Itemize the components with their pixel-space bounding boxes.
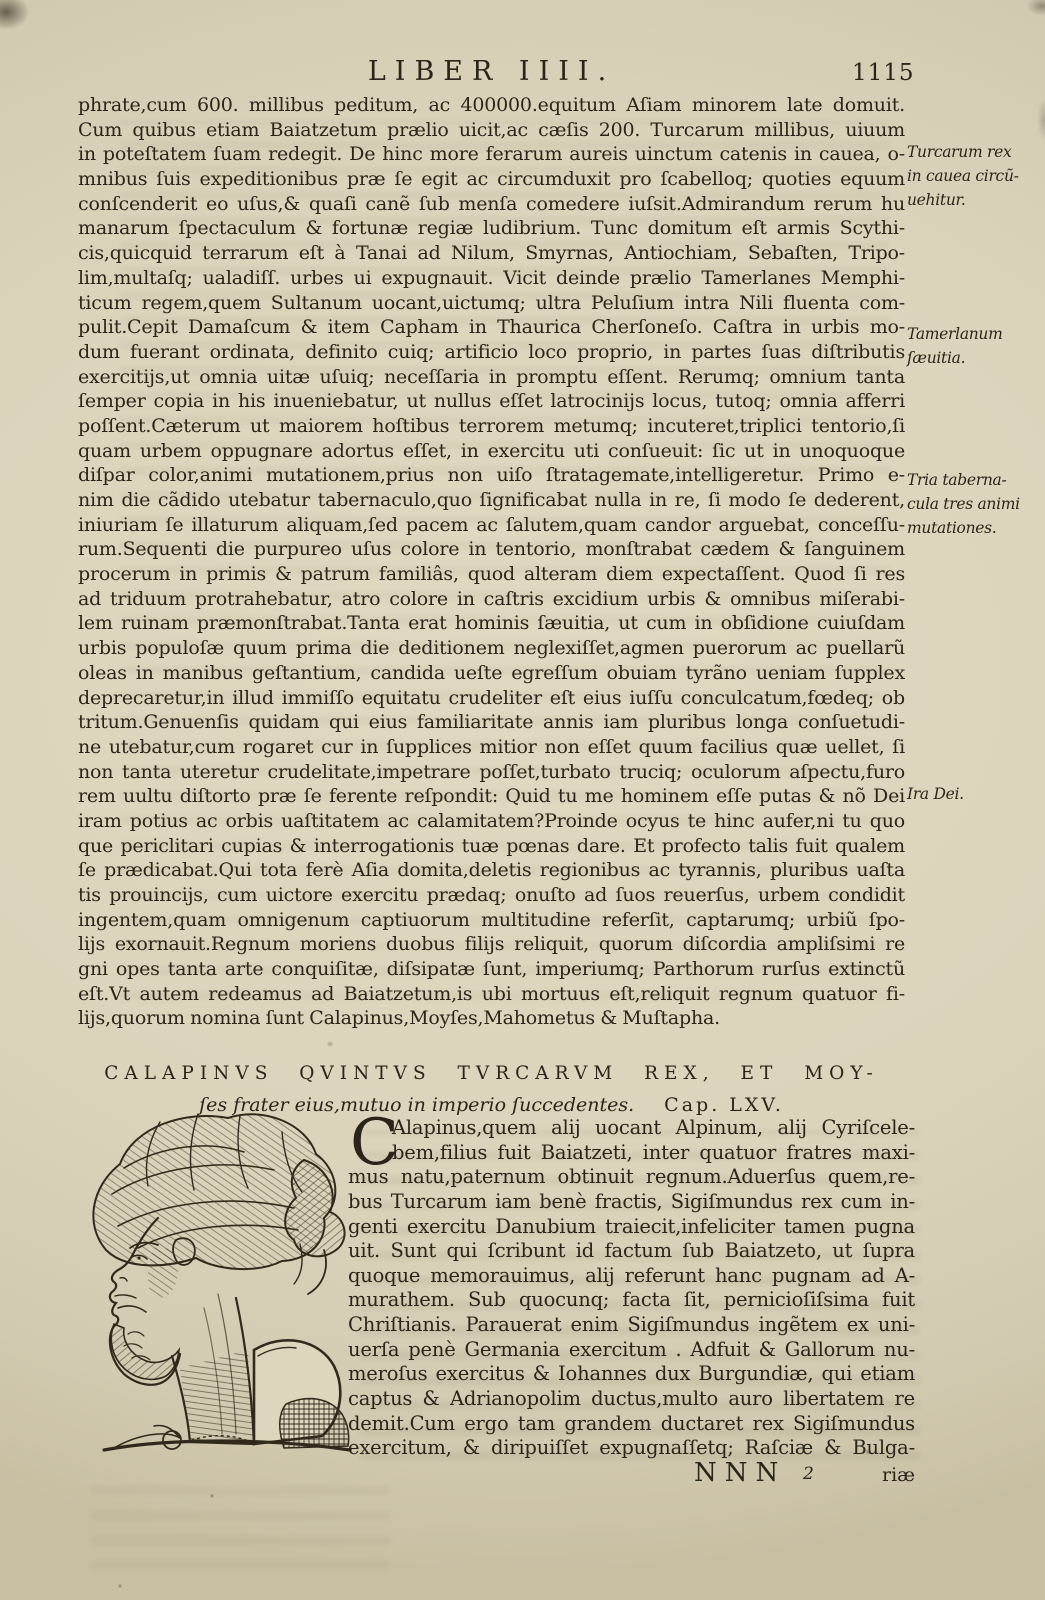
text-line: rum.Sequenti die purpureo uſus colore in… <box>78 537 905 562</box>
text-line: que periclitari cupias & interrogationis… <box>78 834 905 859</box>
chapter-line: uerſa penè Germania exercitum . Adfuit &… <box>348 1338 915 1363</box>
margin-note-line: mutationes. <box>907 516 1041 540</box>
text-line: pulit.Cepit Damaſcum & item Capham in Th… <box>78 315 905 340</box>
text-line: urbis populoſæ quum prima die deditionem… <box>78 636 905 661</box>
chapter-line: bem,filius fuit Baiatzeti, inter quatuor… <box>348 1141 915 1166</box>
chapter-subheading: ſes frater eius,mutuo in imperio ſuccede… <box>199 1094 634 1116</box>
text-line: iniuriam ſe illaturum aliquam,ſed pacem … <box>78 513 905 538</box>
text-line: ticum regem,quem Sultanum uocant,uictumq… <box>78 291 905 316</box>
text-line: iram potius ac orbis uaſtitatem ac calam… <box>78 809 905 834</box>
text-line: dum fuerant ordinata, definito cuiq; art… <box>78 340 905 365</box>
text-line: lim,multaſq; ualadiſſ. urbes ui expugnau… <box>78 266 905 291</box>
chapter-line: meroſus exercitus & Iohannes dux Burgund… <box>348 1362 915 1387</box>
chapter-line: quoque memorauimus, alij referunt hanc p… <box>348 1264 915 1289</box>
chapter-line: Chriſtianis. Parauerat enim Sigiſmundus … <box>348 1313 915 1338</box>
main-text-block: phrate,cum 600. millibus peditum, ac 400… <box>78 93 905 1031</box>
margin-note-line: Turcarum rex <box>907 140 1041 164</box>
quire-signature-number: 2 <box>803 1464 814 1484</box>
margin-note-line: in cauea circũ- <box>907 164 1041 188</box>
chapter-subheading-line: ſes frater eius,mutuo in imperio ſuccede… <box>78 1094 905 1116</box>
margin-note: Turcarum rex in cauea circũ- uehitur. <box>907 140 1041 212</box>
chapter-line: murathem. Sub quocunq; facta ſit, pernic… <box>348 1288 915 1313</box>
chapter-line: Alapinus,quem alij uocant Alpinum, alij … <box>348 1116 915 1141</box>
chapter-line: genti exercitu Danubium traiecit,infelic… <box>348 1215 915 1240</box>
verso-showthrough <box>90 1480 390 1570</box>
text-line: Cum quibus etiam Baiatzetum prælio uicit… <box>78 118 905 143</box>
book-page: LIBER IIII. 1115 phrate,cum 600. millibu… <box>0 0 1045 1600</box>
text-line: lijs exornauit.Regnum moriens duobus fil… <box>78 932 905 957</box>
chapter-line: demit.Cum ergo tam grandem ductaret rex … <box>348 1412 915 1437</box>
text-line: diſpar color,animi mutationem,prius non … <box>78 463 905 488</box>
margin-note-line: Ira Dei. <box>907 782 1041 806</box>
text-line: gni opes tanta arte conquiſitæ, diſsipat… <box>78 957 905 982</box>
text-line: deprecaretur,in illud immiſſo equitatu c… <box>78 686 905 711</box>
drop-cap: C <box>350 1117 399 1169</box>
page-number: 1115 <box>852 60 922 86</box>
text-line: ad triduum protrahebatur, atro colore in… <box>78 587 905 612</box>
catchword: riæ <box>882 1464 915 1486</box>
signature-line: NNN 2 riæ <box>348 1458 948 1498</box>
margin-note-line: cula tres animi <box>907 492 1041 516</box>
margin-note-line: uehitur. <box>907 188 1041 212</box>
chapter-heading: CALAPINVS QVINTVS TVRCARVM REX, ET MOY- <box>78 1063 905 1084</box>
chapter-number-label: Cap. LXV. <box>664 1094 784 1116</box>
text-line: tis prouincijs, cum uictore exercitu præ… <box>78 883 905 908</box>
quire-signature: NNN <box>694 1458 786 1488</box>
text-line: in poteſtatem ſuam redegit. De hinc more… <box>78 142 905 167</box>
text-line: ſe prædicabat.Qui tota ferè Aſia domita,… <box>78 858 905 883</box>
chapter-line: captus & Adrianopolim ductus,multo auro … <box>348 1387 915 1412</box>
text-line: procerum in primis & patrum familiâs, qu… <box>78 562 905 587</box>
text-line: ne utebatur,cum rogaret cur in ſupplices… <box>78 735 905 760</box>
text-line: cis,quicquid terrarum eſt à Tanai ad Nil… <box>78 241 905 266</box>
text-line: poſſent.Cæterum ut maiorem hoſtibus terr… <box>78 414 905 439</box>
text-line: lem ruinam præmonſtrabat.Tanta erat homi… <box>78 611 905 636</box>
margin-note: Tria taberna- cula tres animi mutationes… <box>907 468 1041 540</box>
margin-note-line: Tria taberna- <box>907 468 1041 492</box>
chapter-line: mus natu,paternum obtinuit regnum.Aduerſ… <box>348 1165 915 1190</box>
text-line: mnibus ſuis expeditionibus præ ſe egit a… <box>78 167 905 192</box>
margin-note: Tamerlanum ſæuitia. <box>907 322 1041 370</box>
margin-note-line: ſæuitia. <box>907 346 1041 370</box>
text-line: oleas in manibus geſtantium, candida ueſ… <box>78 661 905 686</box>
chapter-text-block: C Alapinus,quem alij uocant Alpinum, ali… <box>348 1116 915 1461</box>
text-line: phrate,cum 600. millibus peditum, ac 400… <box>78 93 905 118</box>
margin-note: Ira Dei. <box>907 782 1041 806</box>
text-line: nim die cãdido utebatur tabernaculo,quo … <box>78 488 905 513</box>
woodcut-portrait-icon <box>68 1098 360 1466</box>
chapter-line: uit. Sunt qui ſcribunt id factum ſub Bai… <box>348 1239 915 1264</box>
text-line: lijs,quorum nomina ſunt Calapinus,Moyſes… <box>78 1006 905 1031</box>
running-head-title: LIBER IIII. <box>78 56 905 87</box>
margin-note-line: Tamerlanum <box>907 322 1041 346</box>
text-line: conſcenderit eo uſus,& quaſi canẽ ſub me… <box>78 192 905 217</box>
text-line: ſemper copia in his inueniebatur, ut nul… <box>78 389 905 414</box>
chapter-line: bus Turcarum iam benè fractis, Sigiſmund… <box>348 1190 915 1215</box>
text-line: exercitijs,ut omnia uitæ uſuiq; neceſſar… <box>78 365 905 390</box>
text-line: eſt.Vt autem redeamus ad Baiatzetum,is u… <box>78 982 905 1007</box>
text-line: quam urbem oppugnare adortus eſſet, in e… <box>78 439 905 464</box>
text-line: manarum ſpectaculum & fortunæ regiæ ludi… <box>78 216 905 241</box>
text-line: rem uultu diſtorto præ ſe ferente reſpon… <box>78 784 905 809</box>
text-line: tritum.Genuenſis quidam qui eius familia… <box>78 710 905 735</box>
text-line: non tanta uteretur crudelitate,impetrare… <box>78 760 905 785</box>
text-line: ingentem,quam omnigenum captiuorum multi… <box>78 908 905 933</box>
